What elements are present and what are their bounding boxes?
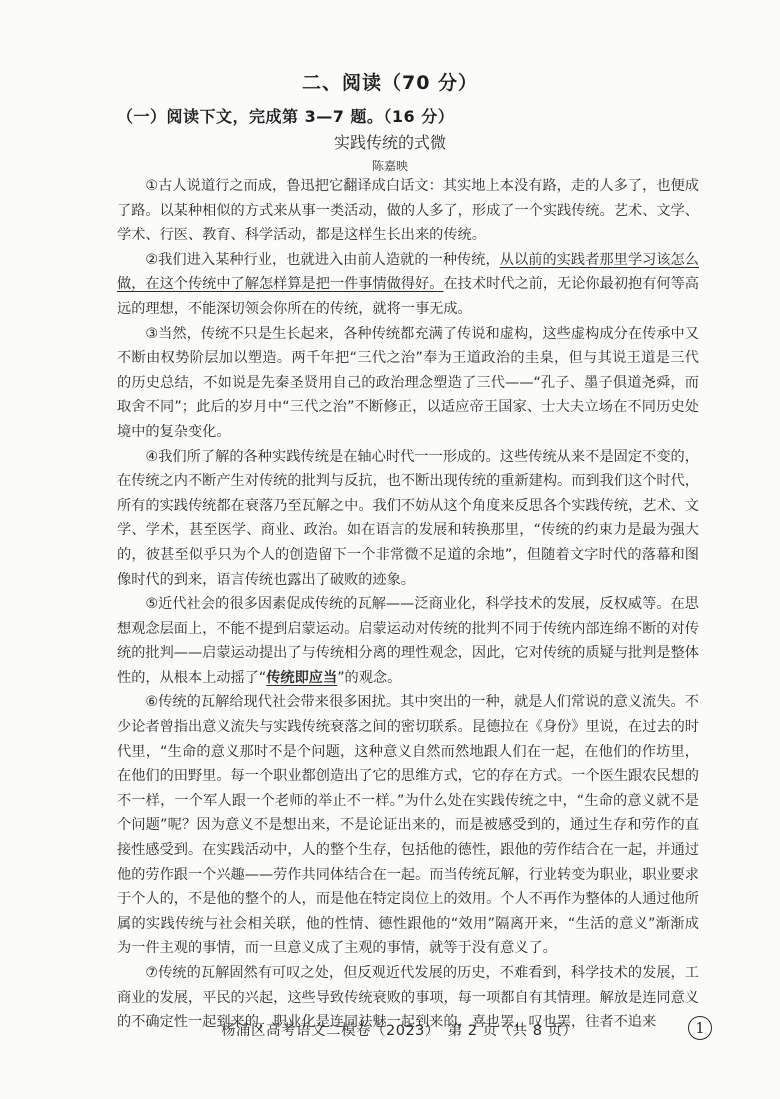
page-footer: 杨浦区高考语文二模卷（2023） 第 2 页（共 8 页）	[221, 1019, 578, 1040]
paragraph-text: 近代社会的很多因素促成传统的瓦解——泛商业化，科学技术的发展，反权威等。在思想观…	[117, 596, 699, 686]
paragraph-1: ①古人说道行之而成，鲁迅把它翻译成白话文：其实地上本没有路，走的人多了，也便成了…	[117, 174, 699, 248]
paragraph-4: ④我们所了解的各种实践传统是在轴心时代一一形成的。这些传统从来不是固定不变的，在…	[117, 445, 699, 593]
paragraph-3: ③当然，传统不只是生长起来，各种传统都充满了传说和虚构，这些虚构成分在传承中又不…	[117, 322, 699, 445]
paragraph-text: 传统的瓦解给现代社会带来很多困扰。其中突出的一种，就是人们常说的意义流失。不少论…	[117, 694, 699, 956]
paragraph-5: ⑤近代社会的很多因素促成传统的瓦解——泛商业化，科学技术的发展，反权威等。在思想…	[117, 592, 699, 690]
paragraph-number: ③	[145, 326, 158, 342]
section-title: 二、阅读（70 分）	[0, 68, 780, 95]
paragraph-number: ⑦	[145, 965, 158, 981]
paragraph-number: ④	[145, 449, 158, 465]
article-title: 实践传统的式微	[0, 130, 780, 153]
paragraph-text: 我们所了解的各种实践传统是在轴心时代一一形成的。这些传统从来不是固定不变的，在传…	[117, 449, 699, 588]
question-instruction: （一）阅读下文，完成第 3—7 题。（16 分）	[117, 104, 454, 127]
circled-page-marker: 1	[688, 1016, 712, 1040]
paragraph-number: ⑤	[145, 596, 158, 612]
paragraph-number: ②	[145, 252, 158, 268]
paragraph-text: 当然，传统不只是生长起来，各种传统都充满了传说和虚构，这些虚构成分在传承中又不断…	[117, 326, 699, 440]
paragraph-2: ②我们进入某种行业，也就进入由前人造就的一种传统，从以前的实践者那里学习该怎么做…	[117, 248, 699, 322]
underlined-phrase: 传统即应当	[266, 670, 337, 686]
paragraph-text: 古人说道行之而成，鲁迅把它翻译成白话文：其实地上本没有路，走的人多了，也便成了路…	[117, 178, 699, 243]
paragraph-text: 我们进入某种行业，也就进入由前人造就的一种传统，	[158, 252, 500, 268]
paragraph-number: ⑥	[145, 694, 158, 710]
article-body: ①古人说道行之而成，鲁迅把它翻译成白话文：其实地上本没有路，走的人多了，也便成了…	[117, 174, 699, 1035]
paragraph-text: ”的观念。	[337, 670, 401, 686]
paragraph-6: ⑥传统的瓦解给现代社会带来很多困扰。其中突出的一种，就是人们常说的意义流失。不少…	[117, 690, 699, 961]
exam-page: 二、阅读（70 分） （一）阅读下文，完成第 3—7 题。（16 分） 实践传统…	[0, 0, 780, 1099]
article-author: 陈嘉映	[0, 157, 780, 174]
paragraph-number: ①	[145, 178, 158, 194]
